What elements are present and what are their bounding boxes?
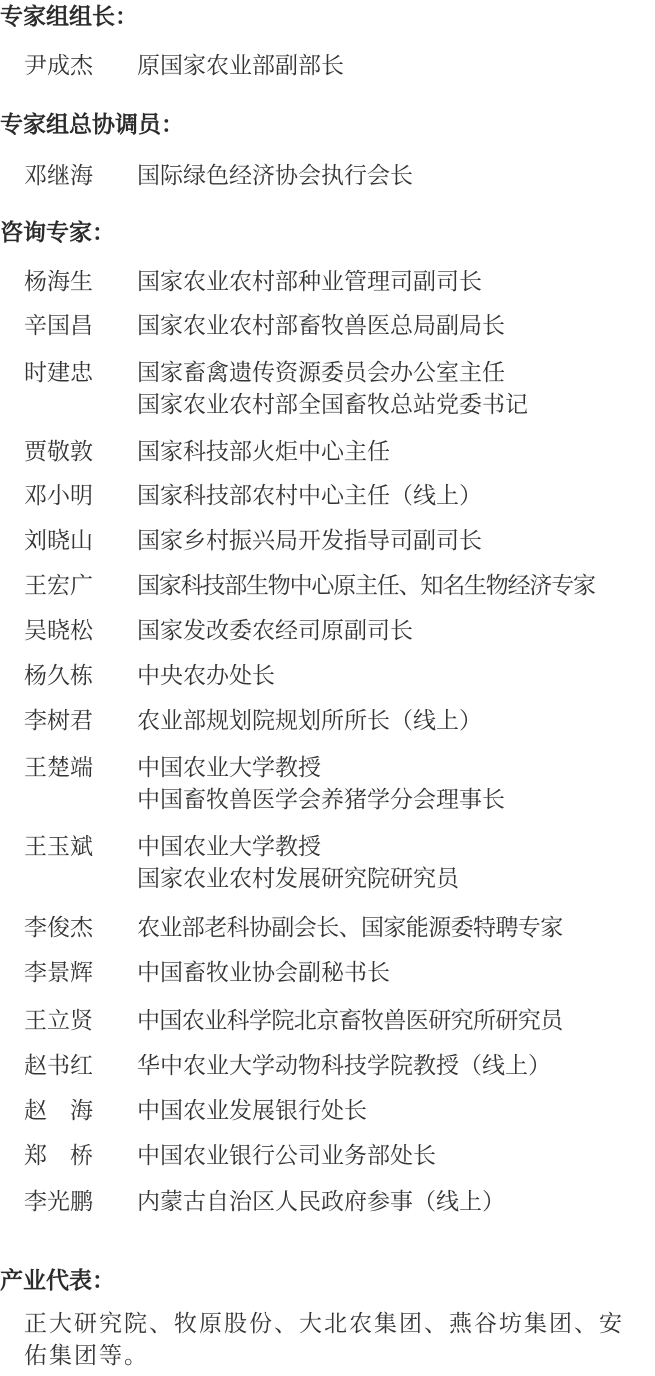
member-name: 李光鹏 bbox=[24, 1186, 124, 1218]
member-title: 国家乡村振兴局开发指导司副司长 bbox=[137, 525, 482, 557]
section-heading-leader: 专家组组长： bbox=[0, 2, 138, 32]
section-heading-industry: 产业代表： bbox=[0, 1266, 115, 1296]
member-name: 王玉斌 bbox=[24, 831, 124, 863]
member-name: 郑 桥 bbox=[24, 1140, 124, 1172]
member-name: 时建忠 bbox=[24, 357, 124, 389]
member-title: 内蒙古自治区人民政府参事（线上） bbox=[137, 1186, 505, 1218]
member-title: 中国农业银行公司业务部处长 bbox=[137, 1140, 436, 1172]
member-name: 尹成杰 bbox=[24, 50, 124, 82]
member-title: 国际绿色经济协会执行会长 bbox=[137, 160, 413, 192]
member-name: 贾敬敦 bbox=[24, 436, 124, 468]
member-title: 国家农业农村部种业管理司副司长 bbox=[137, 266, 482, 298]
member-title: 华中农业大学动物科技学院教授（线上） bbox=[137, 1050, 551, 1082]
industry-representatives: 正大研究院、牧原股份、大北农集团、燕谷坊集团、安佑集团等。 bbox=[24, 1308, 644, 1372]
member-title: 农业部规划院规划所所长（线上） bbox=[137, 705, 482, 737]
member-title: 国家科技部火炬中心主任 bbox=[137, 436, 390, 468]
member-name: 赵 海 bbox=[24, 1095, 124, 1127]
member-name: 李景辉 bbox=[24, 957, 124, 989]
section-heading-coordinator: 专家组总协调员： bbox=[0, 110, 184, 140]
member-name: 杨海生 bbox=[24, 266, 124, 298]
member-name: 王立贤 bbox=[24, 1005, 124, 1037]
member-title: 中国农业大学教授 国家农业农村发展研究院研究员 bbox=[137, 831, 459, 895]
section-heading-consultants: 咨询专家： bbox=[0, 218, 115, 248]
member-name: 李树君 bbox=[24, 705, 124, 737]
member-title: 国家畜禽遗传资源委员会办公室主任 国家农业农村部全国畜牧总站党委书记 bbox=[137, 357, 528, 421]
member-name: 王宏广 bbox=[24, 570, 124, 602]
member-name: 李俊杰 bbox=[24, 912, 124, 944]
member-title: 原国家农业部副部长 bbox=[137, 50, 344, 82]
member-title: 国家农业农村部畜牧兽医总局副局长 bbox=[137, 310, 505, 342]
member-title: 中国农业大学教授 中国畜牧兽医学会养猪学分会理事长 bbox=[137, 752, 505, 816]
member-name: 辛国昌 bbox=[24, 310, 124, 342]
member-title: 中国农业发展银行处长 bbox=[137, 1095, 367, 1127]
member-name: 邓继海 bbox=[24, 160, 124, 192]
member-name: 杨久栋 bbox=[24, 660, 124, 692]
member-name: 赵书红 bbox=[24, 1050, 124, 1082]
member-title: 国家发改委农经司原副司长 bbox=[137, 615, 413, 647]
member-title: 农业部老科协副会长、国家能源委特聘专家 bbox=[137, 912, 563, 944]
member-name: 刘晓山 bbox=[24, 525, 124, 557]
member-title: 中国农业科学院北京畜牧兽医研究所研究员 bbox=[137, 1005, 563, 1037]
member-name: 邓小明 bbox=[24, 480, 124, 512]
member-title: 国家科技部农村中心主任（线上） bbox=[137, 480, 482, 512]
member-name: 王楚端 bbox=[24, 752, 124, 784]
member-name: 吴晓松 bbox=[24, 615, 124, 647]
member-title: 国家科技部生物中心原主任、知名生物经济专家 bbox=[137, 570, 595, 602]
member-title: 中央农办处长 bbox=[137, 660, 275, 692]
member-title: 中国畜牧业协会副秘书长 bbox=[137, 957, 390, 989]
